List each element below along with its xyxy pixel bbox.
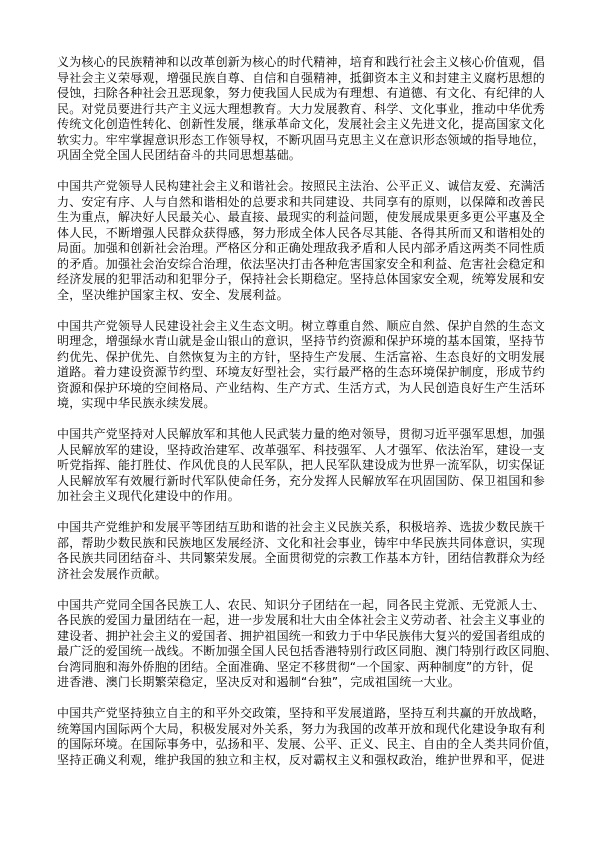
text-line: 巩固全党全国人民团结奋斗的共同思想基础。 xyxy=(57,148,547,164)
text-line: 传统文化创造性转化、创新性发展，继承革命文化，发展社会主义先进文化，提高国家文化 xyxy=(57,117,547,133)
text-line: 道路。着力建设资源节约型、环境友好型社会，实行最严格的生态环境保护制度，形成节约 xyxy=(57,365,547,381)
text-line: 台湾同胞和海外侨胞的团结。全面准确、坚定不移贯彻“一个国家、两种制度”的方针，促 xyxy=(57,660,547,676)
text-line: 资源和保护环境的空间格局、产业结构、生产方式、生活方式，为人民创造良好生产生活环 xyxy=(57,381,547,397)
text-line: 经济发展的犯罪活动和犯罪分子，保持社会长期稳定。坚持总体国家安全观，统筹发展和安 xyxy=(57,272,547,288)
text-line: 各民族共同团结奋斗、共同繁荣发展。全面贯彻党的宗教工作基本方针，团结信教群众为经 xyxy=(57,551,547,567)
text-line: 软实力。牢牢掌握意识形态工作领导权，不断巩固马克思主义在意识形态领域的指导地位， xyxy=(57,133,547,149)
text-line: 人民解放军有效履行新时代军队使命任务，充分发挥人民解放军在巩固国防、保卫祖国和参 xyxy=(57,474,547,490)
text-line: 统筹国内国际两个大局，积极发展对外关系，努力为我国的改革开放和现代化建设争取有利 xyxy=(57,722,547,738)
text-line: 坚持正确义利观，维护我国的独立和主权，反对霸权主义和强权政治，维护世界和平，促进 xyxy=(57,753,547,769)
text-line: 建设者、拥护社会主义的爱国者、拥护祖国统一和致力于中华民族伟大复兴的爱国者组成的 xyxy=(57,629,547,645)
text-line: 听党指挥、能打胜仗、作风优良的人民军队，把人民军队建设成为世界一流军队，切实保证 xyxy=(57,458,547,474)
text-line: 的矛盾。加强社会治安综合治理，依法坚决打击各种危害国家安全和利益、危害社会稳定和 xyxy=(57,257,547,273)
paragraph-1-ideology: 义为核心的民族精神和以改革创新为核心的时代精神，培育和践行社会主义核心价值观，倡… xyxy=(57,55,547,164)
text-line: 中国共产党坚持独立自主的和平外交政策，坚持和平发展道路，坚持互利共赢的开放战略， xyxy=(57,706,547,722)
text-line: 义为核心的民族精神和以改革创新为核心的时代精神，培育和践行社会主义核心价值观，倡 xyxy=(57,55,547,71)
paragraph-5-ethnic-relations: 中国共产党维护和发展平等团结互助和谐的社会主义民族关系，积极培养、选拔少数民族干… xyxy=(57,520,547,582)
text-line: 中国共产党同全国各民族工人、农民、知识分子团结在一起，同各民主党派、无党派人士、 xyxy=(57,598,547,614)
text-line: 最广泛的爱国统一战线。不断加强全国人民包括香港特别行政区同胞、澳门特别行政区同胞… xyxy=(57,644,547,660)
document-page: 义为核心的民族精神和以改革创新为核心的时代精神，培育和践行社会主义核心价值观，倡… xyxy=(57,55,547,784)
text-line: 加社会主义现代化建设中的作用。 xyxy=(57,489,547,505)
text-line: 中国共产党领导人民建设社会主义生态文明。树立尊重自然、顺应自然、保护自然的生态文 xyxy=(57,319,547,335)
text-line: 济社会发展作贡献。 xyxy=(57,567,547,583)
text-line: 部，帮助少数民族和民族地区发展经济、文化和社会事业，铸牢中华民族共同体意识，实现 xyxy=(57,536,547,552)
text-line: 民。对党员要进行共产主义远大理想教育。大力发展教育、科学、文化事业，推动中华优秀 xyxy=(57,102,547,118)
text-line: 中国共产党坚持对人民解放军和其他人民武装力量的绝对领导，贯彻习近平强军思想，加强 xyxy=(57,427,547,443)
paragraph-7-foreign-policy: 中国共产党坚持独立自主的和平外交政策，坚持和平发展道路，坚持互利共赢的开放战略，… xyxy=(57,706,547,768)
text-line: 全，坚决维护国家主权、安全、发展利益。 xyxy=(57,288,547,304)
text-line: 进香港、澳门长期繁荣稳定，坚决反对和遏制“台独”，完成祖国统一大业。 xyxy=(57,675,547,691)
text-line: 境，实现中华民族永续发展。 xyxy=(57,396,547,412)
text-line: 明理念，增强绿水青山就是金山银山的意识，坚持节约资源和保护环境的基本国策，坚持节 xyxy=(57,334,547,350)
paragraph-4-armed-forces: 中国共产党坚持对人民解放军和其他人民武装力量的绝对领导，贯彻习近平强军思想，加强… xyxy=(57,427,547,505)
text-line: 体人民，不断增强人民群众获得感，努力形成全体人民各尽其能、各得其所而又和谐相处的 xyxy=(57,226,547,242)
text-line: 导社会主义荣辱观，增强民族自尊、自信和自强精神，抵御资本主义和封建主义腐朽思想的 xyxy=(57,71,547,87)
text-line: 力、安定有序、人与自然和谐相处的总要求和共同建设、共同享有的原则，以保障和改善民 xyxy=(57,195,547,211)
text-line: 中国共产党维护和发展平等团结互助和谐的社会主义民族关系，积极培养、选拔少数民族干 xyxy=(57,520,547,536)
text-line: 局面。加强和创新社会治理。严格区分和正确处理敌我矛盾和人民内部矛盾这两类不同性质 xyxy=(57,241,547,257)
text-line: 人民解放军的建设，坚持政治建军、改革强军、科技强军、人才强军、依法治军，建设一支 xyxy=(57,443,547,459)
paragraph-6-united-front: 中国共产党同全国各民族工人、农民、知识分子团结在一起，同各民主党派、无党派人士、… xyxy=(57,598,547,691)
text-line: 侵蚀，扫除各种社会丑恶现象，努力使我国人民成为有理想、有道德、有文化、有纪律的人 xyxy=(57,86,547,102)
text-line: 生为重点，解决好人民最关心、最直接、最现实的利益问题，使发展成果更多更公平惠及全 xyxy=(57,210,547,226)
text-line: 的国际环境。在国际事务中，弘扬和平、发展、公平、正义、民主、自由的全人类共同价值… xyxy=(57,737,547,753)
text-line: 各民族的爱国力量团结在一起，进一步发展和壮大由全体社会主义劳动者、社会主义事业的 xyxy=(57,613,547,629)
text-line: 约优先、保护优先、自然恢复为主的方针，坚持生产发展、生活富裕、生态良好的文明发展 xyxy=(57,350,547,366)
paragraph-3-ecological-civilization: 中国共产党领导人民建设社会主义生态文明。树立尊重自然、顺应自然、保护自然的生态文… xyxy=(57,319,547,412)
text-line: 中国共产党领导人民构建社会主义和谐社会。按照民主法治、公平正义、诚信友爱、充满活 xyxy=(57,179,547,195)
paragraph-2-harmonious-society: 中国共产党领导人民构建社会主义和谐社会。按照民主法治、公平正义、诚信友爱、充满活… xyxy=(57,179,547,303)
